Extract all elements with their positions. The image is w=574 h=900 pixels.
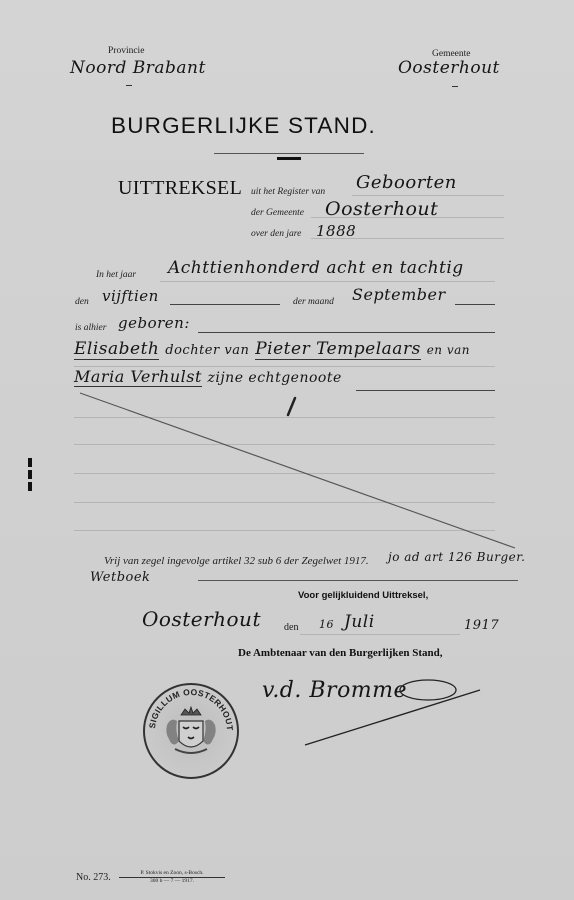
stamp-exemption-text: Vrij van zegel ingevolge artikel 32 sub … bbox=[104, 555, 369, 567]
margin-punch-mark bbox=[28, 458, 32, 494]
municipal-seal: SIGILLUM OOSTERHOUTANUM bbox=[143, 683, 239, 779]
certification-day: 16 bbox=[319, 618, 334, 631]
form-number: No. 273. bbox=[76, 872, 111, 883]
stamp-exemption-handwritten-2: Wetboek bbox=[90, 570, 150, 585]
cancellation-line bbox=[0, 0, 574, 900]
print-code: 300 b — 7 — 1917. bbox=[119, 878, 225, 885]
seal-emblem-icon: SIGILLUM OOSTERHOUTANUM bbox=[145, 685, 237, 777]
stamp-exemption-handwritten-1: jo ad art 126 Burger. bbox=[388, 550, 525, 564]
signature-flourish bbox=[380, 670, 460, 710]
certification-month: Juli bbox=[344, 612, 375, 632]
stamp-exemption-line bbox=[198, 580, 518, 581]
official-label: De Ambtenaar van den Burgerlijken Stand, bbox=[238, 647, 443, 659]
certification-place: Oosterhout bbox=[142, 607, 261, 631]
document-page: Provincie Noord Brabant Gemeente Oosterh… bbox=[0, 0, 574, 900]
certification-date-label: den bbox=[284, 622, 298, 633]
printer-name: P. Stokvis en Zoon, s-Bosch. bbox=[119, 870, 225, 878]
certification-date-line bbox=[300, 634, 460, 635]
certification-year: 1917 bbox=[464, 618, 499, 633]
printer-imprint: P. Stokvis en Zoon, s-Bosch. 300 b — 7 —… bbox=[119, 870, 225, 885]
certification-label: Voor gelijkluidend Uittreksel, bbox=[298, 590, 428, 601]
